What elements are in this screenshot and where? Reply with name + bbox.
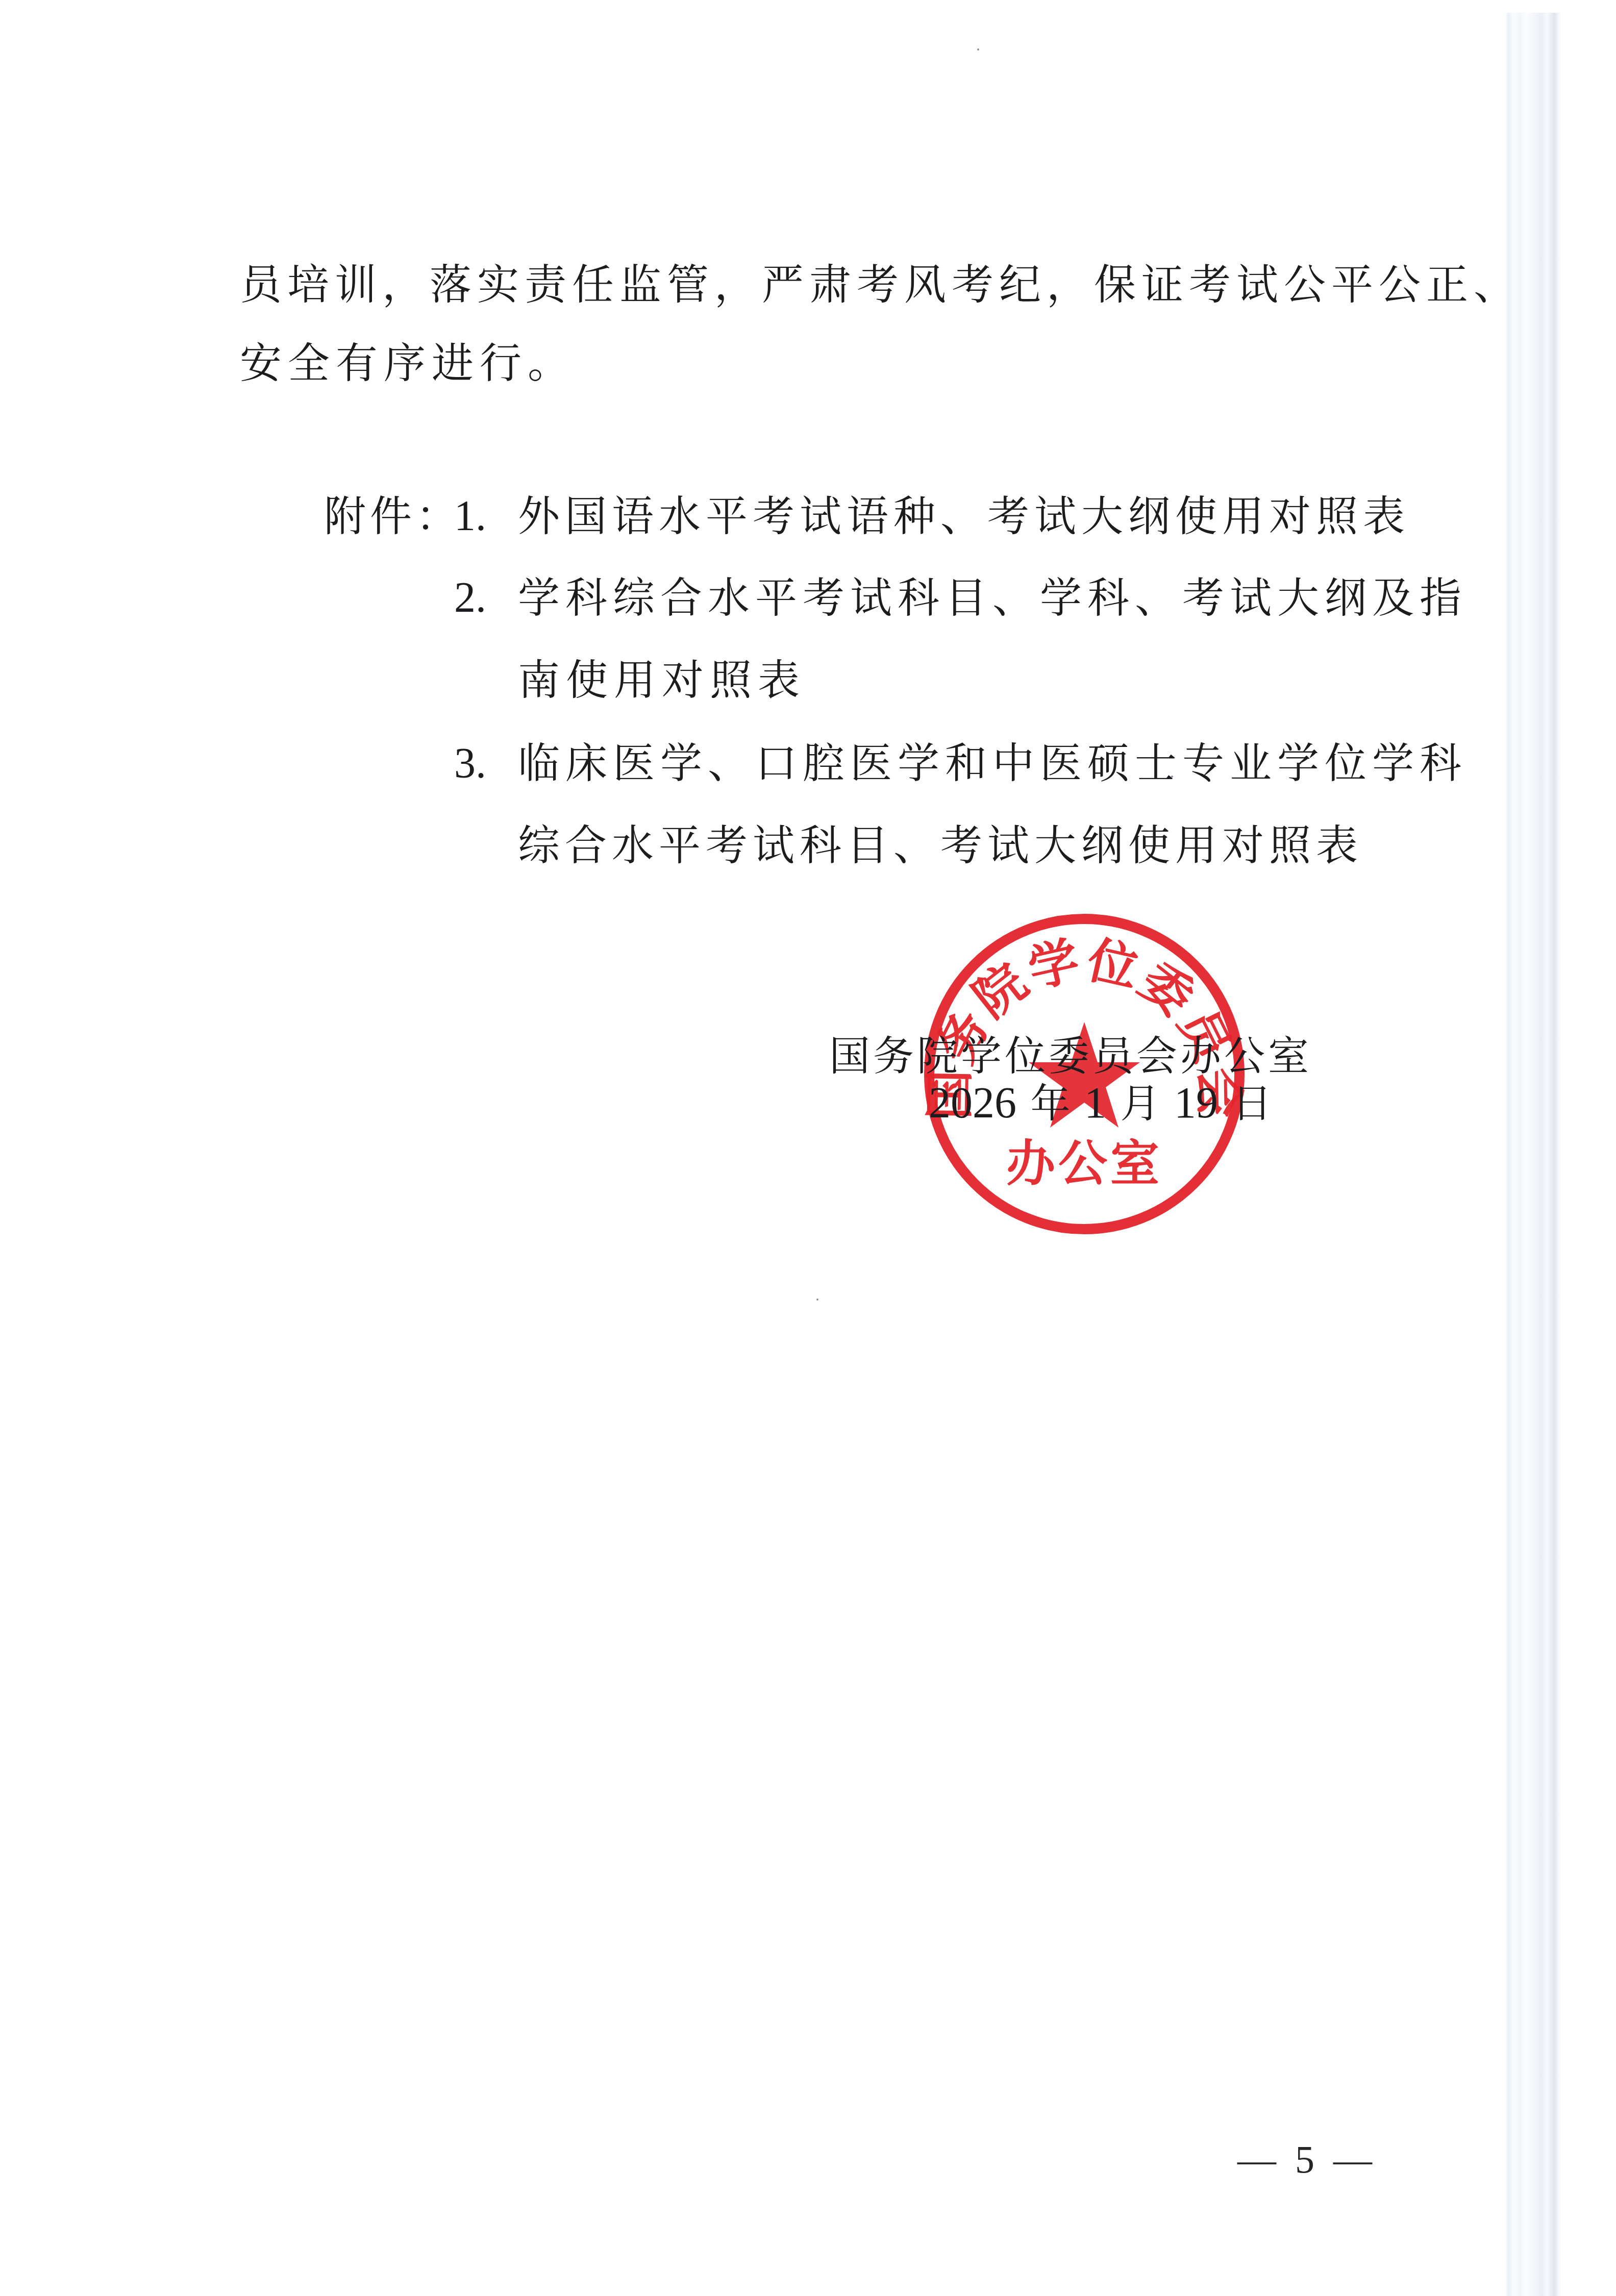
date-year: 2026 — [929, 1078, 1016, 1127]
attachment-title: 外国语水平考试语种、考试大纲使用对照表 — [518, 496, 1410, 538]
attachment-number: 3. — [454, 742, 486, 785]
date-day-unit: 日 — [1232, 1081, 1272, 1127]
issuer-name: 国务院学位委员会办公室 — [829, 1036, 1312, 1077]
date-month: 1 — [1084, 1078, 1106, 1127]
attachment-title: 学科综合水平考试科目、学科、考试大纲及指 — [518, 578, 1467, 619]
attachment-number: 2. — [454, 577, 486, 619]
body-text-line: 安全有序进行。 — [240, 343, 576, 385]
attachments-label: 附件： — [324, 496, 462, 538]
attachment-title-continued: 南使用对照表 — [518, 660, 806, 702]
attachment-title: 临床医学、口腔医学和中医硕士专业学位学科 — [518, 743, 1467, 785]
attachment-title-continued: 综合水平考试科目、考试大纲使用对照表 — [518, 825, 1363, 867]
page-number: — 5 — — [1237, 2140, 1372, 2179]
body-text-line: 员培训，落实责任监管，严肃考风考纪，保证考试公平公正、 — [240, 264, 1521, 306]
date-day: 19 — [1174, 1078, 1218, 1127]
scan-speck — [977, 48, 979, 51]
scan-edge-artifact — [1505, 13, 1561, 2296]
document-page: 员培训，落实责任监管，严肃考风考纪，保证考试公平公正、 安全有序进行。 附件： … — [0, 0, 1616, 2296]
attachment-number: 1. — [454, 495, 486, 538]
scan-speck — [816, 1299, 818, 1301]
scan-speck — [1171, 776, 1173, 778]
date-year-unit: 年 — [1031, 1081, 1071, 1127]
date-month-unit: 月 — [1121, 1081, 1160, 1127]
seal-bottom-text: 办公室 — [1006, 1135, 1162, 1192]
issue-date: 2026 年 1 月 19 日 — [929, 1081, 1272, 1125]
